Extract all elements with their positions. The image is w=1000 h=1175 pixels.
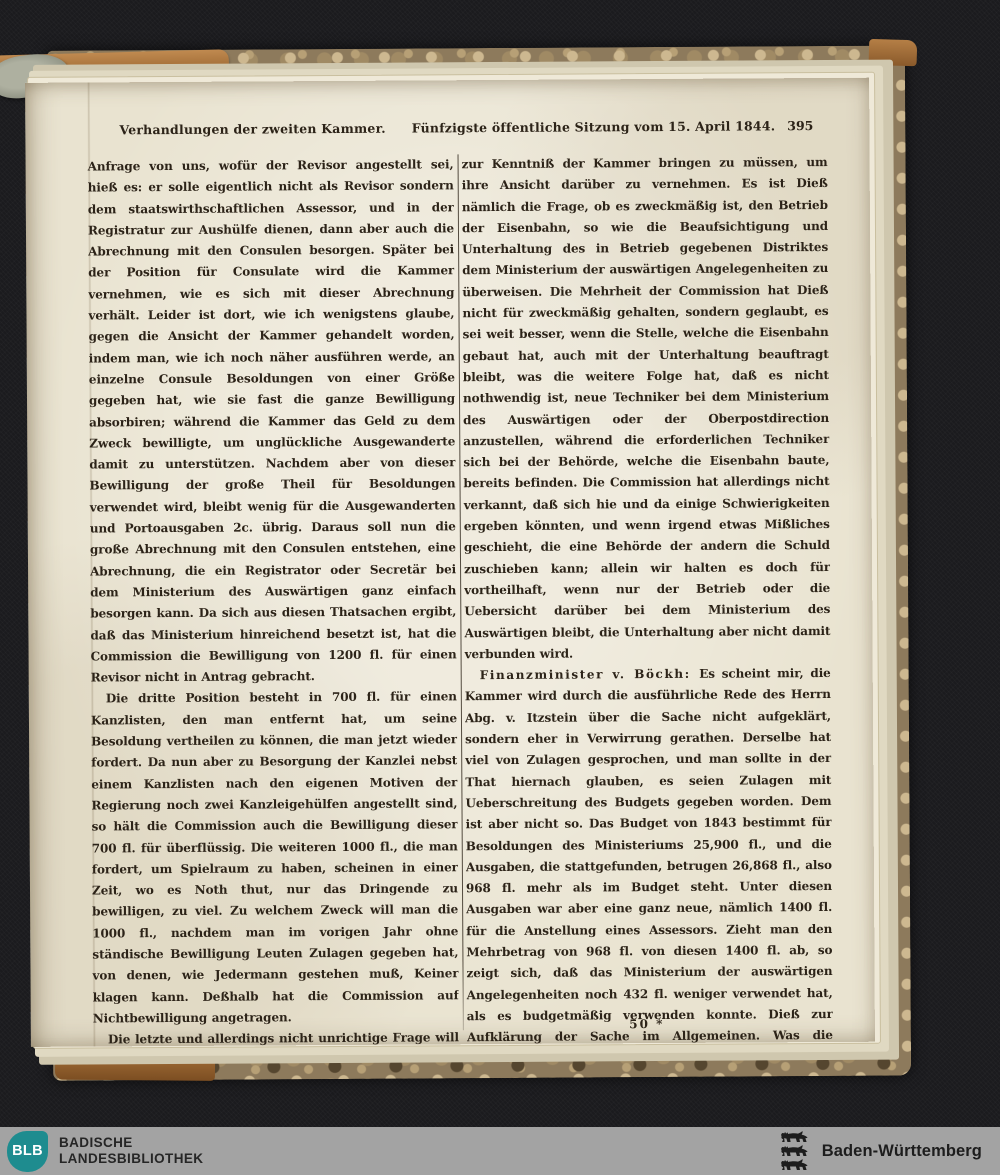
- state-name: Baden-Württemberg: [822, 1142, 982, 1161]
- photo-background: Verhandlungen der zweiten Kammer.Fünfzig…: [0, 0, 1000, 1175]
- text-paragraph: Finanzminister v. Böckh: Es scheint mir,…: [465, 663, 833, 1048]
- speaker-name: Finanzminister v. Böckh:: [480, 667, 700, 682]
- text-paragraph: Die letzte und allerdings nicht unrichti…: [93, 1027, 459, 1050]
- left-column: Anfrage von uns, wofür der Revisor anges…: [88, 154, 459, 1050]
- running-head: Verhandlungen der zweiten Kammer.Fünfzig…: [25, 118, 869, 138]
- signature-mark: 50 *: [467, 1016, 827, 1032]
- right-column: zur Kenntniß der Kammer bringen zu müsse…: [462, 152, 833, 1048]
- book-page: Verhandlungen der zweiten Kammer.Fünfzig…: [25, 78, 875, 1047]
- text-paragraph: Die dritte Position besteht in 700 fl. f…: [91, 687, 459, 1030]
- running-head-left: Verhandlungen der zweiten Kammer.: [119, 121, 385, 138]
- baden-wuerttemberg-coat-of-arms-icon: [778, 1131, 812, 1171]
- library-name: BADISCHE LANDESBIBLIOTHEK: [59, 1135, 203, 1168]
- text-paragraph: Anfrage von uns, wofür der Revisor anges…: [88, 154, 457, 689]
- library-name-line2: LANDESBIBLIOTHEK: [59, 1151, 203, 1168]
- text-paragraph: zur Kenntniß der Kammer bringen zu müsse…: [462, 152, 831, 665]
- blb-logo: BLB: [7, 1131, 48, 1172]
- text-columns: Anfrage von uns, wofür der Revisor anges…: [88, 152, 837, 1051]
- page-number: 395: [787, 118, 813, 133]
- scanned-book: Verhandlungen der zweiten Kammer.Fünfzig…: [0, 0, 1000, 1123]
- running-head-right: Fünfzigste öffentliche Sitzung vom 15. A…: [412, 118, 776, 135]
- blb-logo-text: BLB: [12, 1143, 43, 1159]
- state-branding: Baden-Württemberg: [778, 1131, 982, 1171]
- library-name-line1: BADISCHE: [59, 1135, 203, 1152]
- viewer-footer-bar: BLB BADISCHE LANDESBIBLIOTHEK Baden-Würt…: [0, 1127, 1000, 1175]
